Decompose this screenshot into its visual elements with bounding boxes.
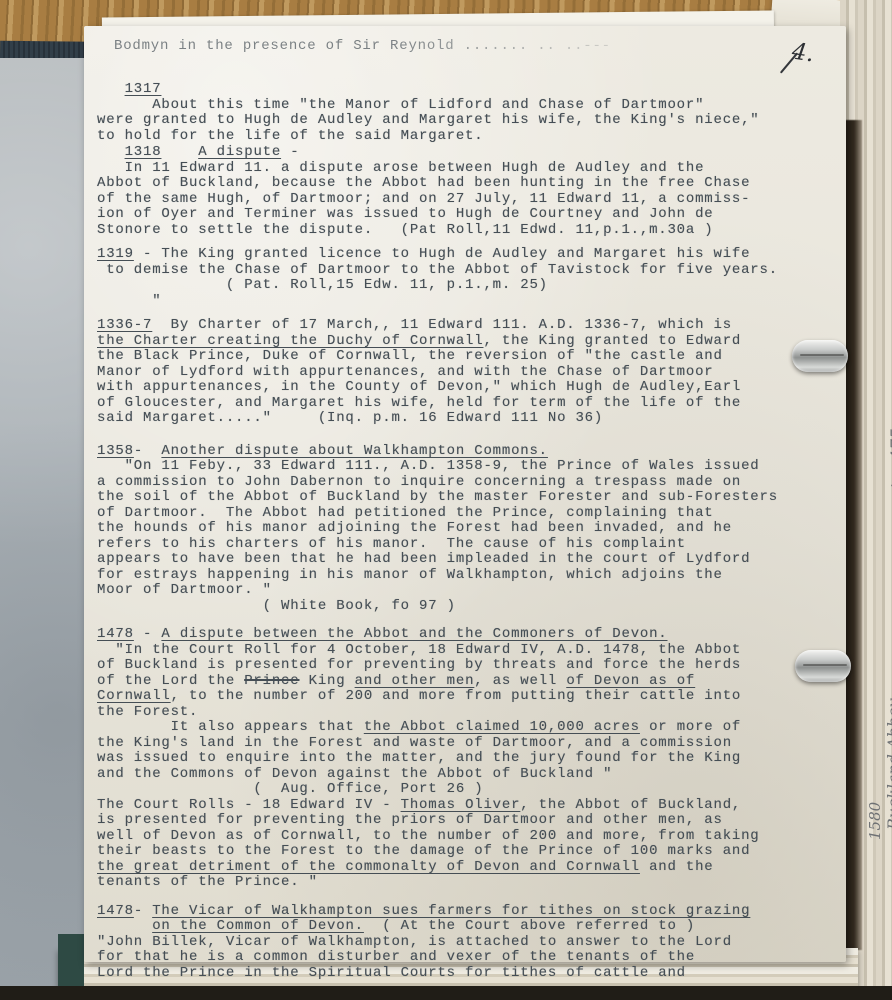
text-line: The Court Rolls - 18 Edward IV - Thomas … [97,798,837,814]
text-line: of Dartmoor. The Abbot had petitioned th… [97,506,837,522]
text-line: " [97,294,837,310]
typed-text: the King's land in the Forest and waste … [97,735,732,751]
typed-text: and the Commons of Devon against the Abb… [97,766,612,782]
text-line: 1478- The Vicar of Walkhampton sues farm… [97,904,837,920]
text-line: About this time "the Manor of Lidford an… [97,98,837,114]
typed-text: well of Devon as of Cornwall, to the num… [97,828,760,844]
typed-text: Stonore to settle the dispute. (Pat Roll… [97,222,714,238]
typed-text: It also appears that [97,719,364,735]
text-line: to hold for the life of the said Margare… [97,129,837,145]
typed-text: appears to have been that he had been im… [97,551,750,567]
typed-text: - [134,903,152,919]
text-line: "In the Court Roll for 4 October, 18 Edw… [97,643,837,659]
underlined-text: the Charter creating the Duchy of Cornwa… [97,333,483,349]
typed-text: a commission to John Dabernon to inquire… [97,474,741,490]
typed-text: refers to his charters of his manor. The… [97,536,686,552]
typed-text: for that he is a common disturber and ve… [97,949,695,965]
document-page: Bodmyn in the presence of Sir Reynold ..… [84,26,846,962]
text-line: It also appears that the Abbot claimed 1… [97,720,837,736]
typed-text: Abbot of Buckland, because the Abbot had… [97,175,750,191]
text-line: their beasts to the Forest to the damage… [97,844,837,860]
text-line: the hounds of his manor adjoining the Fo… [97,521,837,537]
typed-text: Manor of Lydford with appurtenances, and… [97,364,714,380]
typed-text: ion of Oyer and Terminer was issued to H… [97,206,714,222]
typed-text: , the King granted to Edward [483,333,741,349]
underlined-text: 1478 [97,903,134,919]
text-line: ( Pat. Roll,15 Edw. 11, p.1.,m. 25) [97,278,837,294]
typed-text: - [281,144,299,160]
text-line: 1318 A dispute - [97,145,837,161]
text-line: of Buckland is presented for preventing … [97,658,837,674]
underlined-text: and other men [355,673,475,689]
binder-ring-icon [792,340,848,372]
typed-text: were granted to Hugh de Audley and Marga… [97,112,760,128]
typed-text: of Dartmoor. The Abbot had petitioned th… [97,505,714,521]
typed-text: of Buckland is presented for preventing … [97,657,741,673]
typed-text: "John Billek, Vicar of Walkhampton, is a… [97,934,732,950]
typed-text: for estrays happening in his manor of Wa… [97,567,723,583]
handwritten-note: 1580 [866,802,884,840]
text-line: Manor of Lydford with appurtenances, and… [97,365,837,381]
text-line: were granted to Hugh de Audley and Marga… [97,113,837,129]
typed-text [97,81,125,97]
typed-content: 1317 About this time "the Manor of Lidfo… [97,82,837,981]
text-line: Abbot of Buckland, because the Abbot had… [97,176,837,192]
section-1319: 1319 - The King granted licence to Hugh … [97,247,837,309]
typed-text: the Forest. [97,704,198,720]
table-shadow-strip [0,986,892,1000]
typed-text: - [134,443,162,459]
typed-text: , the Abbot of Buckland, [520,797,741,813]
text-line: Moor of Dartmoor. " [97,583,837,599]
text-line: the soil of the Abbot of Buckland by the… [97,490,837,506]
typed-text: the soil of the Abbot of Buckland by the… [97,489,778,505]
typed-text: and the [640,859,714,875]
typed-text: - [134,626,162,642]
page-header-line: Bodmyn in the presence of Sir Reynold ..… [114,38,611,54]
page-number: 4. [790,39,815,68]
handwritten-note: gt p.475 [888,428,892,500]
text-line: well of Devon as of Cornwall, to the num… [97,829,837,845]
text-line: 1317 [97,82,837,98]
text-line: refers to his charters of his manor. The… [97,537,837,553]
text-line: ( Aug. Office, Port 26 ) [97,782,837,798]
text-line: "John Billek, Vicar of Walkhampton, is a… [97,935,837,951]
typed-text: About this time "the Manor of Lidford an… [97,97,704,113]
underlined-text: 1319 [97,246,134,262]
section-1478b: 1478- The Vicar of Walkhampton sues farm… [97,904,837,982]
handwritten-note: Buckland Abbey [884,698,892,830]
underlined-text: 1358 [97,443,134,459]
typed-text: their beasts to the Forest to the damage… [97,843,750,859]
typed-text: of the same Hugh, of Dartmoor; and on 27… [97,191,750,207]
typed-text [97,144,125,160]
underlined-text: on the Common of Devon. [152,918,364,934]
text-line: Stonore to settle the dispute. (Pat Roll… [97,223,837,239]
typed-text: to hold for the life of the said Margare… [97,128,483,144]
text-line: the great detriment of the commonalty of… [97,860,837,876]
text-line: a commission to John Dabernon to inquire… [97,475,837,491]
underlined-text: the great detriment of the commonalty of… [97,859,640,875]
section-1478a: 1478 - A dispute between the Abbot and t… [97,627,837,891]
text-line: the Forest. [97,705,837,721]
grey-felt-cover [0,58,96,1000]
text-line: Cornwall, to the number of 200 and more … [97,689,837,705]
text-line: the Charter creating the Duchy of Cornwa… [97,334,837,350]
text-line: of the Lord the Prince King and other me… [97,674,837,690]
text-line: and the Commons of Devon against the Abb… [97,767,837,783]
text-line: 1336-7 By Charter of 17 March,, 11 Edwar… [97,318,837,334]
typed-text: to demise the Chase of Dartmoor to the A… [97,262,778,278]
struck-text: Prince [244,673,299,689]
text-line: the King's land in the Forest and waste … [97,736,837,752]
typed-text: or more of [640,719,741,735]
underlined-text: of Devon as of [566,673,695,689]
binder-ring-icon [795,650,851,682]
text-line: with appurtenances, in the County of Dev… [97,380,837,396]
underlined-text: 1478 [97,626,134,642]
underlined-text: The Vicar of Walkhampton sues farmers fo… [152,903,750,919]
typed-text: with appurtenances, in the County of Dev… [97,379,741,395]
underlined-text: A dispute between the Abbot and the Comm… [161,626,667,642]
typed-text: The Court Rolls - 18 Edward IV - [97,797,401,813]
section-1336-7: 1336-7 By Charter of 17 March,, 11 Edwar… [97,318,837,427]
typed-text: "In the Court Roll for 4 October, 18 Edw… [97,642,741,658]
typed-text: "On 11 Feby., 33 Edward 111., A.D. 1358-… [97,458,760,474]
typed-text: the Black Prince, Duke of Cornwall, the … [97,348,723,364]
typed-text: By Charter of 17 March,, 11 Edward 111. … [152,317,732,333]
typed-text: Lord the Prince in the Spiritual Courts … [97,965,686,981]
text-line: ( White Book, fo 97 ) [97,599,837,615]
text-line: for estrays happening in his manor of Wa… [97,568,837,584]
typed-text: ( Aug. Office, Port 26 ) [97,781,483,797]
text-line: is presented for preventing the priors o… [97,813,837,829]
typed-text: " [97,293,161,309]
text-line: 1478 - A dispute between the Abbot and t… [97,627,837,643]
text-line: to demise the Chase of Dartmoor to the A… [97,263,837,279]
typed-text: , to the number of 200 and more from put… [171,688,741,704]
typed-text: ( Pat. Roll,15 Edw. 11, p.1.,m. 25) [97,277,548,293]
text-line: said Margaret....." (Inq. p.m. 16 Edward… [97,411,837,427]
text-line: 1358- Another dispute about Walkhampton … [97,444,837,460]
text-line: appears to have been that he had been im… [97,552,837,568]
section-1317: 1317 About this time "the Manor of Lidfo… [97,82,837,144]
underlined-text: Cornwall [97,688,171,704]
teal-cover-corner [58,934,84,992]
text-line: tenants of the Prince. " [97,875,837,891]
text-line: In 11 Edward 11. a dispute arose between… [97,161,837,177]
typed-text: ( White Book, fo 97 ) [97,598,456,614]
typed-text: - The King granted licence to Hugh de Au… [134,246,751,262]
text-line: ion of Oyer and Terminer was issued to H… [97,207,837,223]
underlined-text: A dispute [198,144,281,160]
typed-text: said Margaret....." (Inq. p.m. 16 Edward… [97,410,603,426]
text-line: 1319 - The King granted licence to Hugh … [97,247,837,263]
text-line: "On 11 Feby., 33 Edward 111., A.D. 1358-… [97,459,837,475]
underlined-text: 1317 [125,81,162,97]
text-line: was issued to enquire into the matter, a… [97,751,837,767]
typed-text [97,918,152,934]
underlined-text: the Abbot claimed 10,000 acres [364,719,640,735]
photo-of-typed-page: Bodmyn in the presence of Sir Reynold ..… [0,0,892,1000]
typed-text: is presented for preventing the priors o… [97,812,723,828]
underlined-text: Another dispute about Walkhampton Common… [161,443,547,459]
typed-text: In 11 Edward 11. a dispute arose between… [97,160,704,176]
typed-text: Moor of Dartmoor. " [97,582,272,598]
typed-text: , as well [474,673,566,689]
section-1318: 1318 A dispute - In 11 Edward 11. a disp… [97,145,837,238]
underlined-text: Thomas Oliver [401,797,521,813]
text-line: of Gloucester, and Margaret his wife, he… [97,396,837,412]
section-1358: 1358- Another dispute about Walkhampton … [97,444,837,615]
typed-text: of the Lord the [97,673,244,689]
typed-text: King [299,673,354,689]
text-line: the Black Prince, Duke of Cornwall, the … [97,349,837,365]
underlined-text: 1336-7 [97,317,152,333]
text-line: of the same Hugh, of Dartmoor; and on 27… [97,192,837,208]
text-line: for that he is a common disturber and ve… [97,950,837,966]
typed-text: tenants of the Prince. " [97,874,318,890]
typed-text: ( At the Court above referred to ) [364,918,695,934]
text-line: on the Common of Devon. ( At the Court a… [97,919,837,935]
underlined-text: 1318 [125,144,162,160]
typed-text [161,144,198,160]
typed-text: the hounds of his manor adjoining the Fo… [97,520,732,536]
typed-text: of Gloucester, and Margaret his wife, he… [97,395,741,411]
text-line: Lord the Prince in the Spiritual Courts … [97,966,837,982]
typed-text: was issued to enquire into the matter, a… [97,750,741,766]
